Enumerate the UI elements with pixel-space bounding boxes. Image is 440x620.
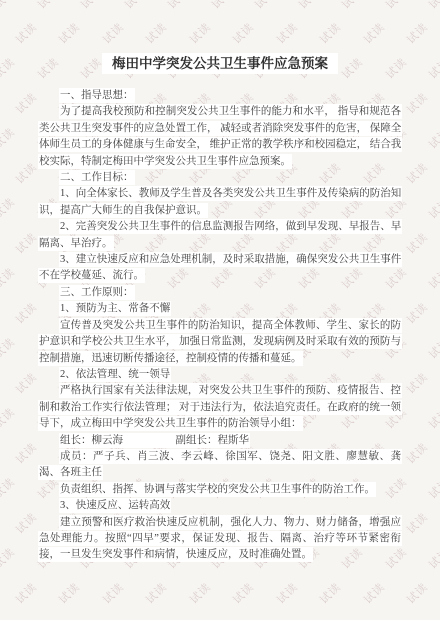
watermark-text: 试读 xyxy=(316,579,344,607)
watermark-text: 试读 xyxy=(403,579,431,607)
paragraph-text: 1、向全体家长、教师及学生普及各类突发公共卫生事件及传染病的防治知识，提高广大师… xyxy=(38,186,402,217)
paragraph-text: 3、快速反应、运转高效 xyxy=(59,498,171,513)
paragraph-text: 二、工作目标： xyxy=(59,170,135,185)
paragraph: 组长：柳云海 副组长：程斯华 xyxy=(38,433,402,449)
paragraph: 负责组织、指挥、协调与落实学校的突发公共卫生事件的防治工作。 xyxy=(38,482,402,498)
paragraph: 三、工作原则： xyxy=(38,285,402,301)
document-title-text: 梅田中学突发公共卫生事件应急预案 xyxy=(102,53,338,74)
watermark-text: 试读 xyxy=(229,579,257,607)
paragraph: 严格执行国家有关法律法规，对突发公共卫生事件的预防、疫情报告、控制和救治工作实行… xyxy=(38,383,402,432)
paragraph: 3、快速反应、运转高效 xyxy=(38,498,402,514)
document-page: 试读试读试读试读试读试读试读试读试读试读试读试读试读试读试读试读试读试读试读试读… xyxy=(0,0,440,620)
paragraph: 3、建立快速反应和应急处理机制，及时采取措施，确保突发公共卫生事件不在学校蔓延、… xyxy=(38,252,402,285)
paragraph: 1、向全体家长、教师及学生普及各类突发公共卫生事件及传染病的防治知识，提高广大师… xyxy=(38,186,402,219)
paragraph: 2、依法管理、统一领导 xyxy=(38,367,402,383)
watermark-text: 试读 xyxy=(142,579,170,607)
watermark-text: 试读 xyxy=(185,579,213,607)
watermark-text: 试读 xyxy=(359,579,387,607)
paragraph-text: 一、指导思想： xyxy=(59,88,135,103)
watermark-text: 试读 xyxy=(98,579,126,607)
watermark-text: 试读 xyxy=(11,579,39,607)
paragraph-text: 建立预警和医疗救治快速反应机制，强化人力、物力、财力储备，增强应急处理能力。按照… xyxy=(38,515,402,563)
paragraph-text: 宣传普及突发公共卫生事件的防治知识，提高全体教师、学生、家长的防护意识和学校公共… xyxy=(38,318,402,366)
paragraph-text: 严格执行国家有关法律法规，对突发公共卫生事件的预防、疫情报告、控制和救治工作实行… xyxy=(38,383,402,431)
document-body: 一、指导思想：为了提高我校预防和控制突发公共卫生事件的能力和水平， 指导和规范各… xyxy=(38,88,402,564)
paragraph: 1、预防为主、常备不懈 xyxy=(38,301,402,317)
paragraph: 宣传普及突发公共卫生事件的防治知识，提高全体教师、学生、家长的防护意识和学校公共… xyxy=(38,318,402,367)
paragraph-text: 2、依法管理、统一领导 xyxy=(59,367,171,382)
paragraph-text: 三、工作原则： xyxy=(59,285,135,300)
paragraph: 成员：严子兵、肖三波、李云峰、徐国军、饶尧、阳文胜、廖慧敏、龚渴、各班主任 xyxy=(38,449,402,482)
paragraph: 为了提高我校预防和控制突发公共卫生事件的能力和水平， 指导和规范各类公共卫生突发… xyxy=(38,104,402,170)
paragraph-text: 为了提高我校预防和控制突发公共卫生事件的能力和水平， 指导和规范各类公共卫生突发… xyxy=(38,104,402,168)
paragraph-text: 成员：严子兵、肖三波、李云峰、徐国军、饶尧、阳文胜、廖慧敏、龚渴、各班主任 xyxy=(38,449,402,480)
paragraph: 一、指导思想： xyxy=(38,88,402,104)
paragraph-text: 负责组织、指挥、协调与落实学校的突发公共卫生事件的防治工作。 xyxy=(59,482,376,497)
paragraph: 2、完善突发公共卫生事件的信息监测报告网络，做到早发现、早报告、早隔离、早治疗。 xyxy=(38,219,402,252)
paragraph-text: 1、预防为主、常备不懈 xyxy=(59,301,171,316)
paragraph-text: 组长：柳云海 副组长：程斯华 xyxy=(59,433,250,448)
watermark-text: 试读 xyxy=(55,579,83,607)
document-content: 梅田中学突发公共卫生事件应急预案 一、指导思想：为了提高我校预防和控制突发公共卫… xyxy=(0,0,440,564)
document-title: 梅田中学突发公共卫生事件应急预案 xyxy=(38,54,402,73)
paragraph-text: 2、完善突发公共卫生事件的信息监测报告网络，做到早发现、早报告、早隔离、早治疗。 xyxy=(38,219,402,250)
paragraph: 建立预警和医疗救治快速反应机制，强化人力、物力、财力储备，增强应急处理能力。按照… xyxy=(38,515,402,564)
watermark-text: 试读 xyxy=(272,579,300,607)
paragraph: 二、工作目标： xyxy=(38,170,402,186)
paragraph-text: 3、建立快速反应和应急处理机制，及时采取措施，确保突发公共卫生事件不在学校蔓延、… xyxy=(38,252,402,283)
